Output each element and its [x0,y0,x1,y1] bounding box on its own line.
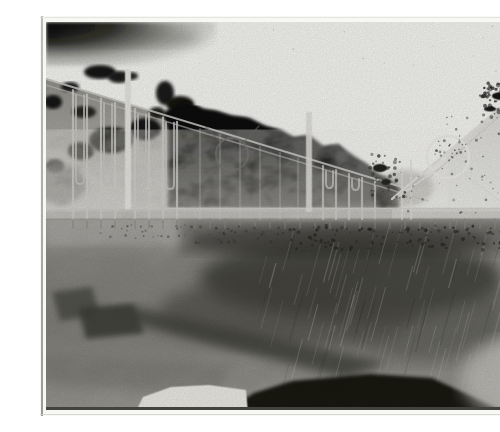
print-edge-bottom [40,414,500,415]
photo-scene-svg [46,22,500,407]
print-edge-left [41,16,43,416]
print-edge-top [40,17,500,18]
photo-print [46,22,500,407]
grain-overlay [46,22,500,407]
pinhole-photograph [40,16,500,416]
photo-scene [46,22,500,407]
photo-bottom-edge [46,407,500,410]
